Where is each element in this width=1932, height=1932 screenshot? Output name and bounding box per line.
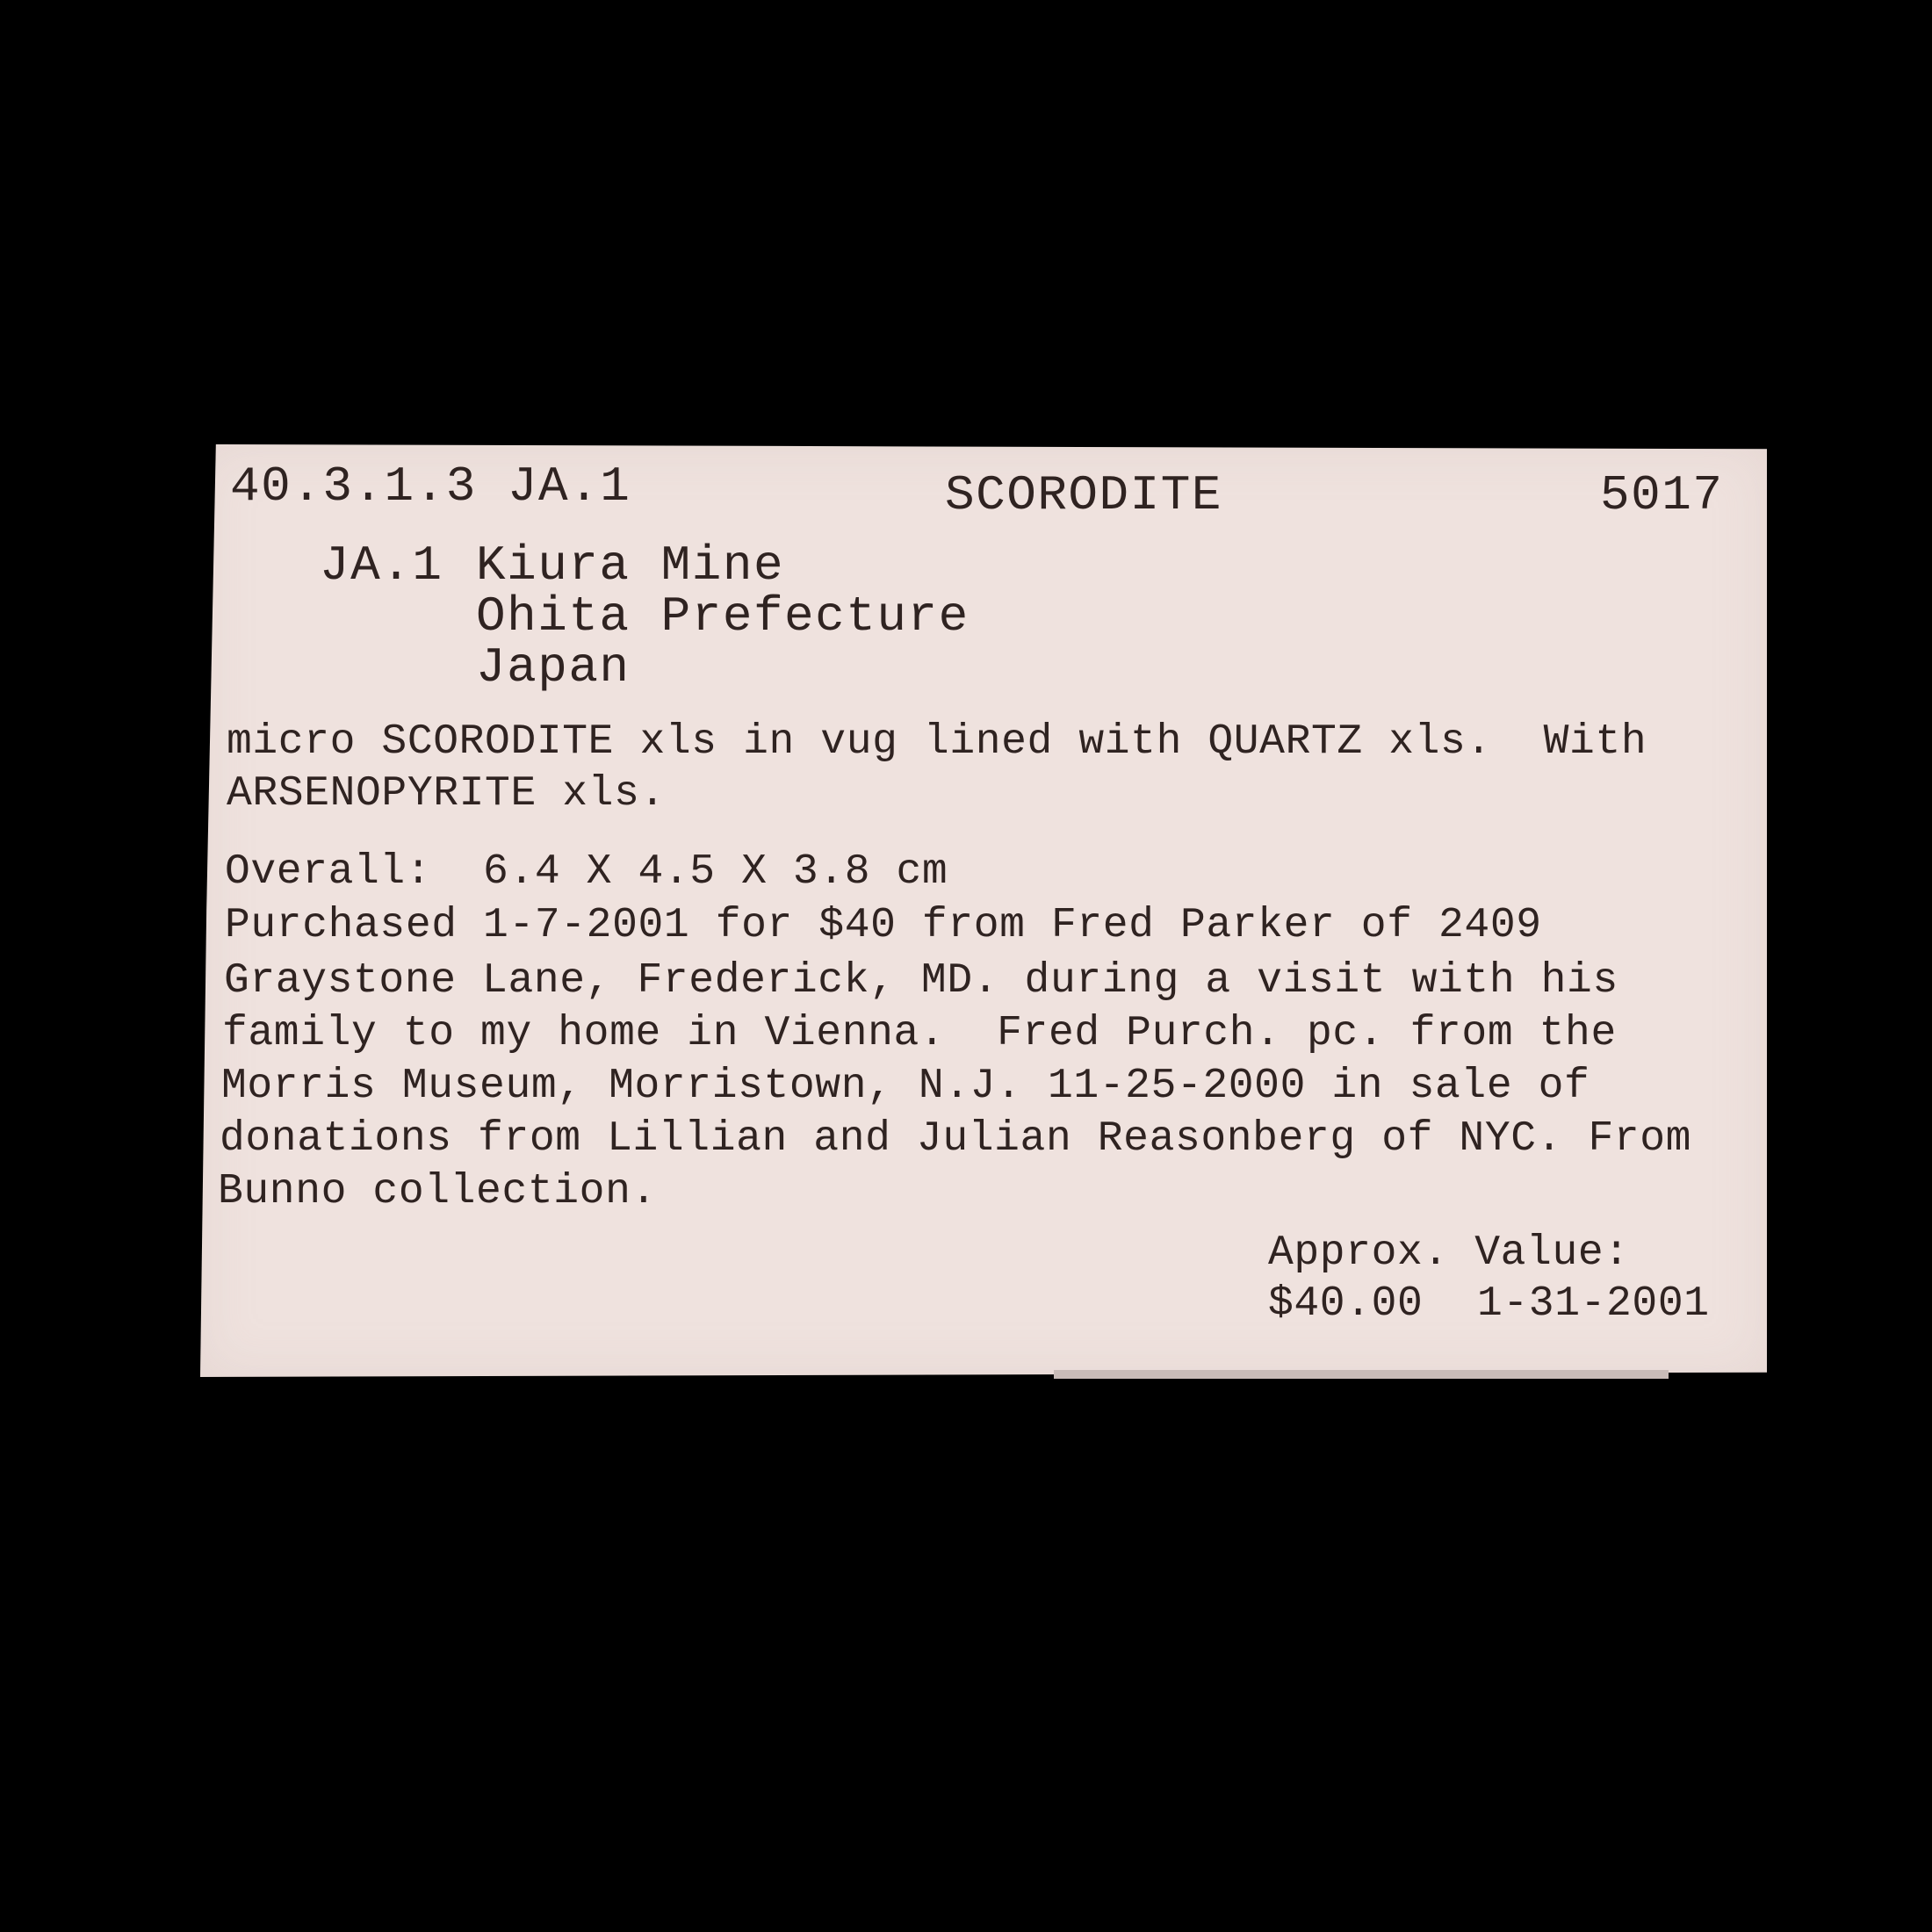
catalog-number: 5017 [1600, 467, 1723, 523]
value-amount: $40.00 [1268, 1280, 1423, 1328]
locality-mine: Kiura Mine [476, 537, 784, 594]
locality-code: JA.1 [320, 537, 443, 594]
dimensions: Overall: 6.4 X 4.5 X 3.8 cm [225, 848, 948, 896]
provenance-line: Purchased 1-7-2001 for $40 from Fred Par… [225, 902, 1542, 949]
description-line: micro SCORODITE xls in vug lined with QU… [227, 718, 1647, 766]
provenance-line: Bunno collection. [218, 1168, 657, 1215]
locality-prefecture: Ohita Prefecture [476, 588, 970, 645]
value-label: Approx. Value: [1268, 1229, 1630, 1277]
classification-code: 40.3.1.3 JA.1 [230, 458, 631, 515]
provenance-line: Morris Museum, Morristown, N.J. 11-25-20… [221, 1063, 1590, 1110]
value-date: 1-31-2001 [1477, 1280, 1710, 1328]
provenance-line: donations from Lillian and Julian Reason… [220, 1115, 1691, 1163]
card-bottom-edge [1054, 1370, 1669, 1379]
description-line: ARSENOPYRITE xls. [227, 770, 666, 818]
provenance-line: family to my home in Vienna. Fred Purch.… [222, 1010, 1617, 1057]
locality-country: Japan [476, 639, 631, 696]
provenance-line: Graystone Lane, Frederick, MD. during a … [224, 957, 1618, 1005]
mineral-name: SCORODITE [945, 467, 1222, 523]
